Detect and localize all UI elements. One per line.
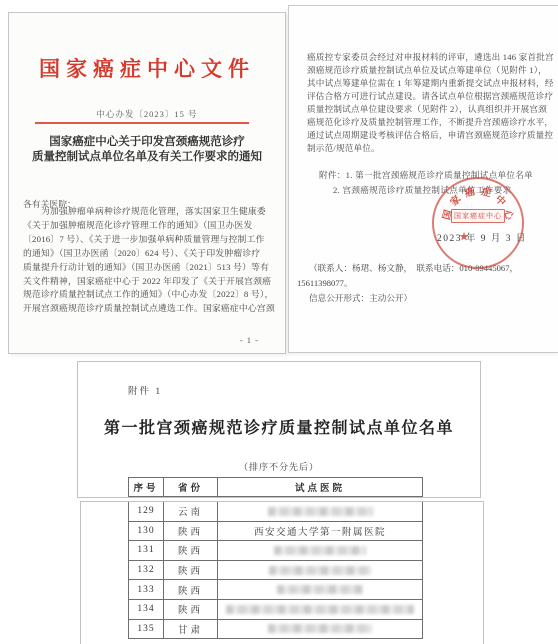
body-line: 质量提升行动计划的通知》（国卫办医函〔2021〕513 号）等有 — [23, 261, 273, 275]
cell-province: 陕西 — [164, 521, 218, 541]
cell-hospital — [218, 599, 423, 619]
attachment-rows-fragment: 129云南130陕西西安交通大学第一附属医院131陕西132陕西133陕西134… — [80, 501, 484, 644]
body-line: 《关于加强肿瘤规范化诊疗管理工作的通知》（国卫办医发 — [23, 219, 273, 233]
seal-center-label: 国家癌症中心 — [451, 209, 505, 223]
page2-body-paragraph: 癌质控专家委员会经过对申报材料的评审，遴选出 146 家首批宫颈癌规范诊疗质量控… — [307, 51, 553, 155]
cell-hospital — [218, 580, 423, 600]
body-line: 颈癌规范诊疗质量控制试点单位及试点筹建单位（见附件 1）， — [307, 64, 553, 77]
attachment-header-fragment: 附件 1 第一批宫颈癌规范诊疗质量控制试点单位名单 （排序不分先后） 序号 省份… — [77, 361, 481, 498]
cell-province: 陕西 — [164, 599, 218, 619]
table-row: 131陕西 — [129, 541, 423, 561]
cell-serial-number: 134 — [129, 599, 164, 619]
body-line: 癌规范化诊疗及质量控制管理工作，不断提升宫颈癌诊疗水平， — [307, 116, 553, 129]
cell-serial-number: 131 — [129, 541, 164, 561]
redacted-hospital-name — [268, 624, 372, 633]
disclosure-line: 信息公开形式：主动公开） — [309, 292, 412, 304]
body-line: 开展宫颈癌规范诊疗质量控制试点遴选工作。国家癌症中心宫颈 — [23, 302, 273, 316]
header-row: 序号 省份 试点医院 — [129, 478, 423, 497]
table-row: 135甘肃 — [129, 619, 423, 639]
contact-line2: 15611398077。 — [297, 277, 353, 289]
body-line: 〔2016〕7 号）、《关于进一步加强单病种质量管理与控制工作 — [23, 233, 273, 247]
body-line: 评估合格方可进行试点建设。请各试点单位根据宫颈癌规范诊疗 — [307, 90, 553, 103]
page-number: - 1 - — [240, 335, 259, 345]
body-line: 癌质控专家委员会经过对申报材料的评审，遴选出 146 家首批宫 — [307, 51, 553, 64]
body-line: 关文件精神，国家癌症中心于 2022 年印发了《关于开展宫颈癌 — [23, 275, 273, 289]
cell-serial-number: 135 — [129, 619, 164, 639]
cell-province: 甘肃 — [164, 619, 218, 639]
redacted-hospital-name — [268, 507, 373, 516]
cell-serial-number: 130 — [129, 521, 164, 541]
body-line: 其中试点筹建单位需在 1 年筹建期内重新提交试点申报材料，经 — [307, 77, 553, 90]
attachment-title: 第一批宫颈癌规范诊疗质量控制试点单位名单 — [78, 415, 480, 438]
table-row: 129云南 — [129, 502, 423, 522]
issue-date: 2023 年 9 月 3 日 — [437, 230, 527, 244]
cell-hospital — [218, 619, 423, 639]
redacted-hospital-name — [226, 605, 414, 614]
table-row: 134陕西 — [129, 599, 423, 619]
body-line: 通过试点周期建设考核评估合格后，申请宫颈癌规范诊疗质量控 — [307, 129, 553, 142]
official-seal: 国家癌症中心 国家癌症中心 ★ — [432, 177, 524, 269]
cell-serial-number: 132 — [129, 560, 164, 580]
cell-hospital — [218, 560, 423, 580]
notice-title: 国家癌症中心关于印发宫颈癌规范诊疗 质量控制试点单位名单及有关工作要求的通知 — [9, 135, 285, 165]
cell-serial-number: 129 — [129, 502, 164, 522]
cell-province: 陕西 — [164, 580, 218, 600]
cell-hospital: 西安交通大学第一附属医院 — [218, 521, 423, 541]
redacted-hospital-name — [269, 566, 371, 575]
attachment-subtitle: （排序不分先后） — [78, 460, 480, 473]
table-row: 132陕西 — [129, 560, 423, 580]
column-header-province: 省份 — [164, 478, 218, 497]
unit-list-table: 129云南130陕西西安交通大学第一附属医院131陕西132陕西133陕西134… — [128, 501, 423, 639]
cell-hospital — [218, 541, 423, 561]
letterhead-title: 国家癌症中心文件 — [9, 53, 285, 83]
notice-page-1: 国家癌症中心文件 中心办发〔2023〕15 号 国家癌症中心关于印发宫颈癌规范诊… — [8, 12, 286, 354]
page1-body-paragraph: 为加强肿瘤单病种诊疗规范化管理，落实国家卫生健康委《关于加强肿瘤规范化诊疗管理工… — [23, 205, 273, 316]
attachment-label: 附件 1 — [128, 383, 162, 397]
body-line: 的通知》（国卫办医函〔2020〕624 号）、《关于印发肿瘤诊疗 — [23, 247, 273, 261]
body-line: 质量控制试点单位建设要求（见附件 2），认真组织并开展宫颈 — [307, 103, 553, 116]
column-header-hospital: 试点医院 — [218, 478, 423, 497]
document-number: 中心办发〔2023〕15 号 — [9, 108, 285, 120]
notice-page-2: 癌质控专家委员会经过对申报材料的评审，遴选出 146 家首批宫颈癌规范诊疗质量控… — [288, 5, 558, 353]
seal-ring — [432, 177, 524, 269]
redacted-hospital-name — [274, 546, 366, 555]
redacted-hospital-name — [277, 585, 363, 594]
body-line: 为加强肿瘤单病种诊疗规范化管理，落实国家卫生健康委 — [23, 205, 273, 219]
body-line: 制示范/规范单位。 — [307, 142, 553, 155]
cell-province: 云南 — [164, 502, 218, 522]
table-row: 133陕西 — [129, 580, 423, 600]
table-row: 130陕西西安交通大学第一附属医院 — [129, 521, 423, 541]
cell-province: 陕西 — [164, 560, 218, 580]
body-line: 规范诊疗质量控制试点工作的通知》（中心办发〔2022〕8 号）， — [23, 288, 273, 302]
cell-hospital — [218, 502, 423, 522]
unit-list-table-header: 序号 省份 试点医院 — [128, 477, 423, 497]
notice-title-line1: 国家癌症中心关于印发宫颈癌规范诊疗 — [9, 135, 285, 150]
column-header-no: 序号 — [129, 478, 164, 497]
red-rule — [35, 122, 249, 124]
cell-serial-number: 133 — [129, 580, 164, 600]
cell-province: 陕西 — [164, 541, 218, 561]
notice-title-line2: 质量控制试点单位名单及有关工作要求的通知 — [9, 150, 285, 165]
